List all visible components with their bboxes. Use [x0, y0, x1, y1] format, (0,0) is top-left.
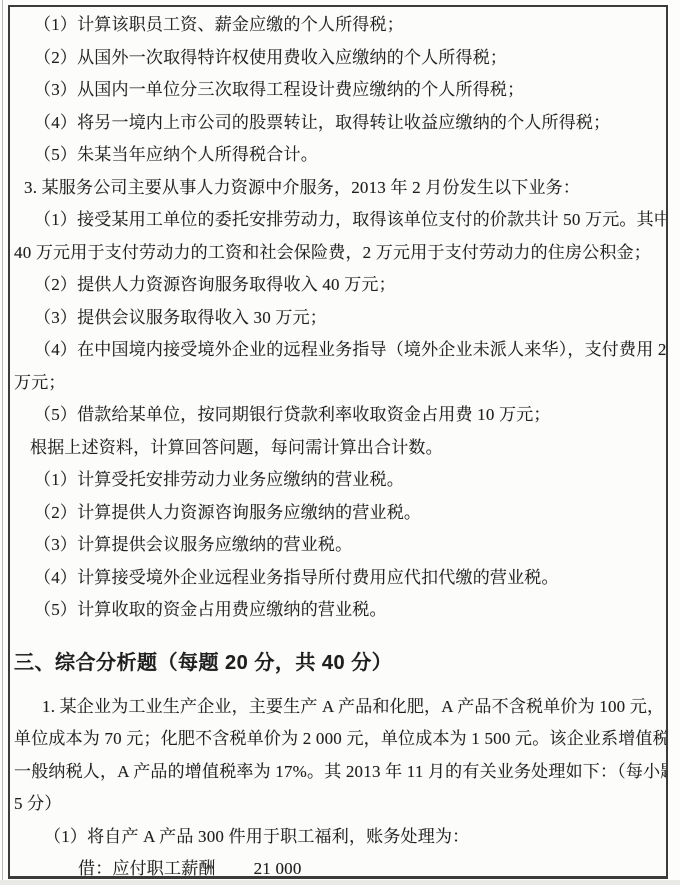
- journal-debit-label: 借：应付职工薪酬: [78, 859, 216, 878]
- s3-q1-intro-line-4: 5 分）: [14, 788, 654, 821]
- s3-q1-item-1: （1）将自产 A 产品 300 件用于职工福利，账务处理为：: [14, 821, 654, 854]
- q2-subquestion-4: （4）将另一境内上市公司的股票转让，取得转让收益应缴纳的个人所得税；: [14, 107, 654, 140]
- q3-question-2: （2）计算提供人力资源咨询服务应缴纳的营业税。: [14, 497, 654, 530]
- q3-fact-1: （1）接受某用工单位的委托安排劳动力，取得该单位支付的价款共计 50 万元。其中…: [14, 204, 654, 237]
- q2-subquestion-3: （3）从国内一单位分三次取得工程设计费应缴纳的个人所得税；: [14, 74, 654, 107]
- q3-fact-2: （2）提供人力资源咨询服务取得收入 40 万元；: [14, 269, 654, 302]
- q3-fact-1-cont: 40 万元用于支付劳动力的工资和社会保险费，2 万元用于支付劳动力的住房公积金；: [14, 237, 654, 270]
- q3-question-4: （4）计算接受境外企业远程业务指导所付费用应代扣代缴的营业税。: [14, 562, 654, 595]
- q3-question-1: （1）计算受托安排劳动力业务应缴纳的营业税。: [14, 464, 654, 497]
- scan-bottom-edge: [0, 880, 680, 885]
- q3-fact-4: （4）在中国境内接受境外企业的远程业务指导（境外企业未派人来华），支付费用 20: [14, 334, 654, 367]
- q2-subquestion-2: （2）从国外一次取得特许权使用费收入应缴纳的个人所得税；: [14, 42, 654, 75]
- q3-fact-4-cont: 万元；: [14, 367, 654, 400]
- s3-q1-intro-line-2: 单位成本为 70 元；化肥不含税单价为 2 000 元，单位成本为 1 500 …: [14, 723, 654, 756]
- journal-entry-debit: 借：应付职工薪酬21 000: [14, 853, 654, 879]
- q2-subquestion-1: （1）计算该职员工资、薪金应缴的个人所得税；: [14, 9, 654, 42]
- q3-instruction: 根据上述资料，计算回答问题，每问需计算出合计数。: [14, 432, 654, 465]
- q3-fact-3: （3）提供会议服务取得收入 30 万元；: [14, 302, 654, 335]
- q3-question-5: （5）计算收取的资金占用费应缴纳的营业税。: [14, 594, 654, 627]
- q3-fact-5: （5）借款给某单位，按同期银行贷款利率收取资金占用费 10 万元；: [14, 399, 654, 432]
- s3-q1-intro-line-3: 一般纳税人，A 产品的增值税率为 17%。其 2013 年 11 月的有关业务处…: [14, 756, 654, 789]
- q2-subquestion-5: （5）朱某当年应纳个人所得税合计。: [14, 139, 654, 172]
- scanned-exam-page: （1）计算该职员工资、薪金应缴的个人所得税； （2）从国外一次取得特许权使用费收…: [0, 0, 680, 885]
- s3-q1-intro-line-1: 1. 某企业为工业生产企业，主要生产 A 产品和化肥，A 产品不含税单价为 10…: [14, 691, 654, 724]
- scan-edge-artifact: [2, 0, 3, 885]
- section-heading: 三、综合分析题（每题 20 分，共 40 分）: [14, 649, 654, 677]
- journal-debit-amount: 21 000: [254, 853, 302, 879]
- q3-intro: 3. 某服务公司主要从事人力资源中介服务，2013 年 2 月份发生以下业务：: [14, 172, 654, 205]
- q3-question-3: （3）计算提供会议服务应缴纳的营业税。: [14, 529, 654, 562]
- answer-sheet-frame: （1）计算该职员工资、薪金应缴的个人所得税； （2）从国外一次取得特许权使用费收…: [8, 5, 668, 879]
